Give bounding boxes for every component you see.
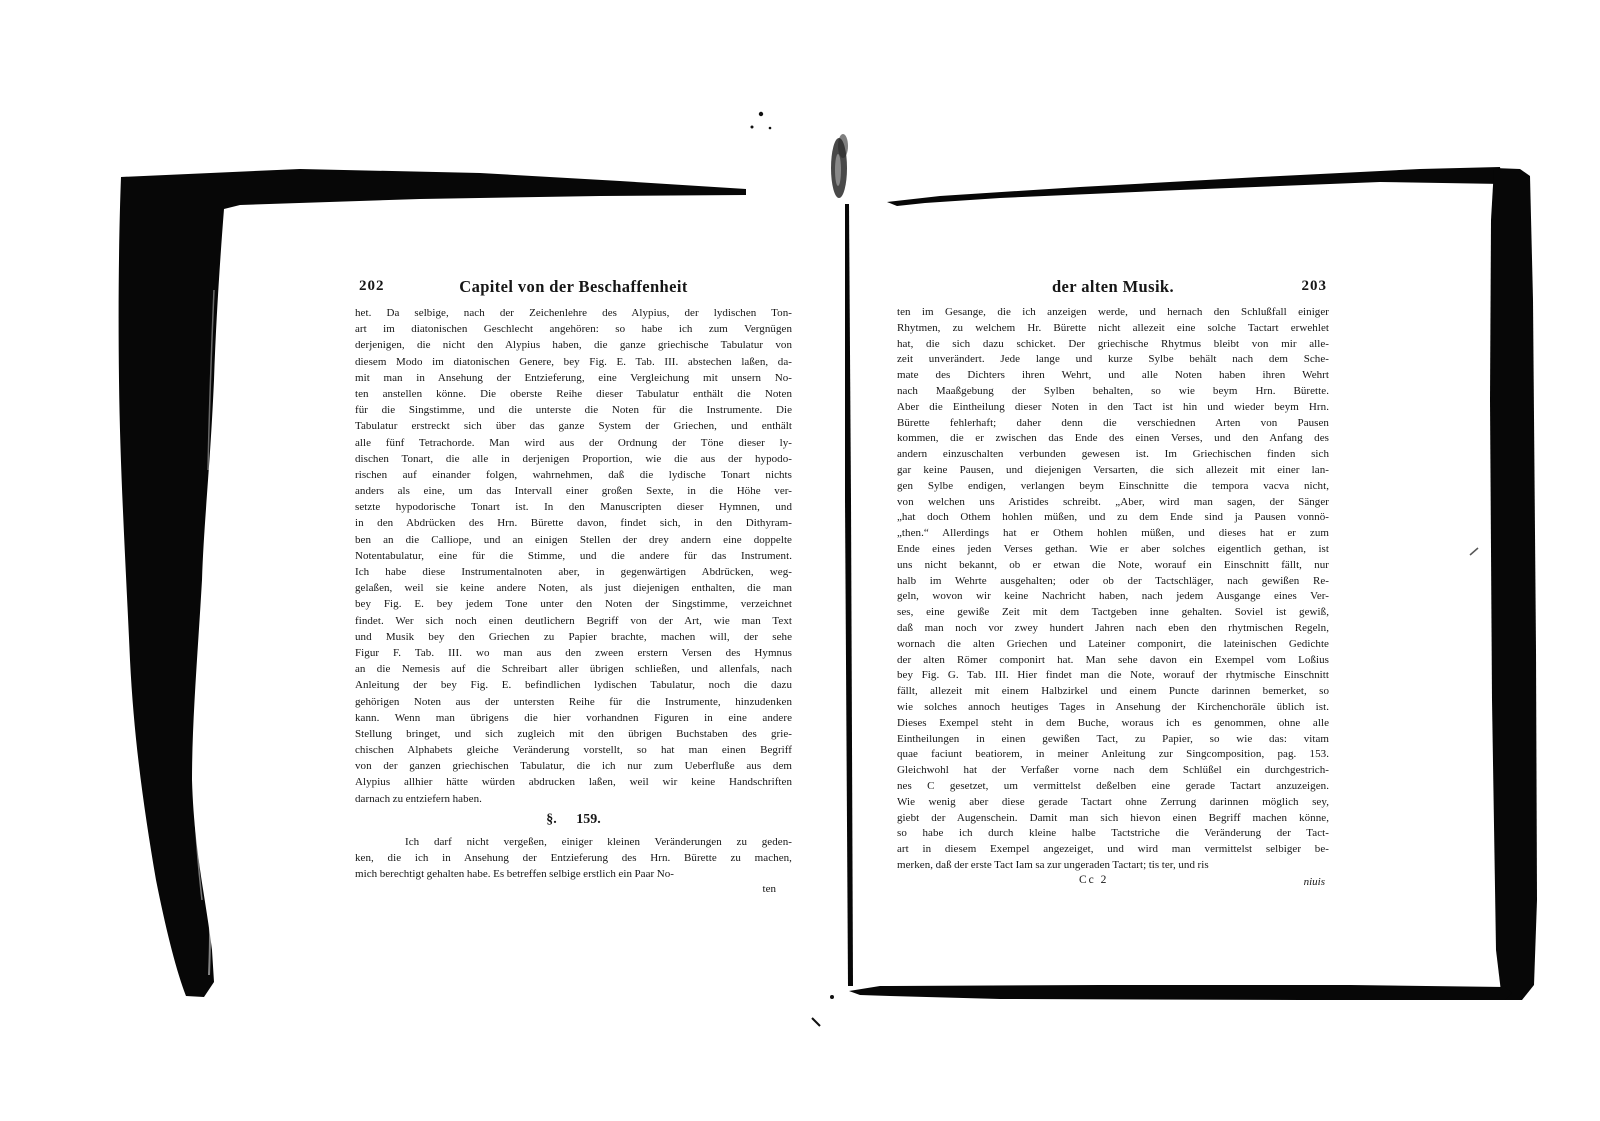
text-line: Ich darf nicht vergeßen, einiger kleinen… (355, 834, 792, 850)
text-line: und Musik bey den Griechen zu Papier bra… (355, 629, 792, 645)
text-line: merken, daß der erste Tact Iam sa zur un… (897, 858, 1329, 874)
text-line: Anleitung der bey Fig. E. befindlichen l… (355, 677, 792, 693)
text-line: Ich habe diese Instrumentalnoten aber, i… (355, 564, 792, 580)
left-page: 202 Capitel von der Beschaffenheit het. … (355, 277, 792, 897)
text-line: geln, wovon wir keine Nachricht haben, n… (897, 589, 1329, 605)
text-line: Gleichwohl hat der Verfaßer vorne nach d… (897, 763, 1329, 779)
text-line: setzte hypodorische Tonart ist. In den M… (355, 499, 792, 515)
text-line: ken, die ich in Ansehung der Entzieferun… (355, 850, 792, 866)
signature-mark: Cc 2 (1079, 874, 1108, 886)
text-line: ten anstellen könne. Die oberste Reihe d… (355, 386, 792, 402)
text-line: giebt der Augenschein. Damit man sich hi… (897, 811, 1329, 827)
text-line: alle fünf Tetrachorde. Man wird aus der … (355, 435, 792, 451)
text-line: in den Abdrücken des Hrn. Bürette davon,… (355, 515, 792, 531)
right-page: der alten Musik. 203 ten im Gesange, die… (897, 277, 1329, 890)
text-line: fällt, allezeit mit einem Halbzirkel und… (897, 684, 1329, 700)
text-line: bey Fig. E. bey jedem Tone unter den Not… (355, 596, 792, 612)
left-page-body: het. Da selbige, nach der Zeichenlehre d… (355, 305, 792, 897)
text-line: daß man noch vor zwey hundert Jahren nac… (897, 621, 1329, 637)
text-line: nach Maaßgebung der Sylben behalten, so … (897, 384, 1329, 400)
text-line: findet. Wer sich noch einen deutlichern … (355, 613, 792, 629)
text-line: „then.“ Allerdings hat er Othem hohlen m… (897, 526, 1329, 542)
text-line: Wie wenig aber diese gerade Tactart ohne… (897, 795, 1329, 811)
text-line: der alten Römer componirt hat. Man sehe … (897, 653, 1329, 669)
scan-speck (759, 112, 763, 116)
text-line: uns nicht bekannt, ob er etwan die Note,… (897, 558, 1329, 574)
text-line: Aber die Eintheilung dieser Noten in den… (897, 400, 1329, 416)
left-running-title: Capitel von der Beschaffenheit (355, 277, 792, 297)
text-line: hat, die sich dazu schicket. Der griechi… (897, 337, 1329, 353)
text-line: Ende eines jeden Verses gethan. Wie er a… (897, 542, 1329, 558)
text-line: so habe ich durch kleine halbe Tactstric… (897, 826, 1329, 842)
text-line: Dieses Exempel steht in dem Buche, worau… (897, 716, 1329, 732)
text-line: bey Fig. G. Tab. III. Hier findet man di… (897, 668, 1329, 684)
text-line: ben an die Calliope, und an einigen Stel… (355, 532, 792, 548)
text-line: kommen, die er zwischen das Ende des ein… (897, 431, 1329, 447)
text-line: Notentabulatur, eine für die Stimme, und… (355, 548, 792, 564)
scan-speck (1470, 548, 1478, 555)
right-page-number: 203 (1302, 278, 1328, 295)
text-line: „hat doch Othem hohlen müßen, und zu dem… (897, 510, 1329, 526)
text-line: derjenigen, die nicht den Alypius haben,… (355, 337, 792, 353)
text-line: gelaßen, weil sie keine andere Noten, al… (355, 580, 792, 596)
text-line: quae faciunt beatiorem, in meiner Anleit… (897, 747, 1329, 763)
left-paragraph-2: Ich darf nicht vergeßen, einiger kleinen… (355, 834, 792, 883)
text-line: anders als eine, um das Intervall einer … (355, 483, 792, 499)
text-line: wie solches annoch heutiges Tages in Ans… (897, 700, 1329, 716)
text-line: halb im Wehrte ausgehalten; oder ob der … (897, 574, 1329, 590)
text-line: Rhytmen, zu welchem Hr. Bürette nicht al… (897, 321, 1329, 337)
left-catchword: ten (355, 882, 792, 897)
text-line: het. Da selbige, nach der Zeichenlehre d… (355, 305, 792, 321)
scan-artifacts (0, 0, 1600, 1121)
right-page-bottom-edge-shadow (849, 985, 1512, 1000)
right-page-footer: Cc 2 niuis (897, 874, 1329, 890)
text-line: Tabulatur erstreckt sich über das ganze … (355, 418, 792, 434)
text-line: kann. Wenn man übrigens die hier vorhand… (355, 710, 792, 726)
text-line: Figur F. Tab. III. wo man aus den zween … (355, 645, 792, 661)
text-line: Stellung bringet, und sich zugleich mit … (355, 726, 792, 742)
text-line: art in diesem Exempel angezeiget, und wi… (897, 842, 1329, 858)
right-page-body: ten im Gesange, die ich anzeigen werde, … (897, 305, 1329, 890)
text-line: Bürette fehlerhaft; daher denn die versc… (897, 416, 1329, 432)
text-line: für die Singstimme, und die unterste die… (355, 402, 792, 418)
text-line: von welchen uns Aristides schreibt. „Abe… (897, 495, 1329, 511)
text-line: andern einzuschalten verbunden gewesen i… (897, 447, 1329, 463)
text-line: dischen Tonart, die alle in derjenigen P… (355, 451, 792, 467)
scan-speck (812, 1018, 820, 1026)
right-body-paragraph: ten im Gesange, die ich anzeigen werde, … (897, 305, 1329, 874)
right-catchword: niuis (1304, 876, 1325, 888)
gutter-smudge (838, 134, 848, 158)
gutter-shadow-line (845, 204, 853, 986)
right-page-header: der alten Musik. 203 (897, 277, 1329, 303)
book-scan-spread: 202 Capitel von der Beschaffenheit het. … (0, 0, 1600, 1121)
text-line: Alypius allhier hätte würden abdrucken l… (355, 774, 792, 790)
text-line: mate des Dichters ihren Wehrt, und alle … (897, 368, 1329, 384)
text-line: mich berechtigt gehalten habe. Es betref… (355, 866, 792, 882)
left-paragraph-1: het. Da selbige, nach der Zeichenlehre d… (355, 305, 792, 807)
right-running-title: der alten Musik. (897, 277, 1329, 297)
text-line: ten im Gesange, die ich anzeigen werde, … (897, 305, 1329, 321)
text-line: an die Nemesis auf die Schreibart aller … (355, 661, 792, 677)
text-line: zeit unverändert. Jede lange und kurze S… (897, 352, 1329, 368)
text-line: darnach zu entziefern haben. (355, 791, 792, 807)
scan-speck (751, 126, 754, 129)
text-line: ses, eine gewiße Zeit mit dem Tactgeben … (897, 605, 1329, 621)
scan-speck (830, 995, 834, 999)
right-page-right-edge-shadow (1490, 168, 1537, 1000)
right-page-top-edge-shadow (887, 167, 1503, 206)
scan-speck (769, 127, 772, 130)
gutter-smudge-highlight (835, 154, 841, 186)
section-heading: §. 159. (355, 811, 792, 829)
text-line: chischen Alphabets gleiche Veränderung v… (355, 742, 792, 758)
text-line: Eintheilungen in einen gewißen Tact, zu … (897, 732, 1329, 748)
text-line: art im diatonischen Geschlecht angehören… (355, 321, 792, 337)
text-line: gehörigen Noten aus der untersten Reihe … (355, 694, 792, 710)
text-line: gar keine Pausen, und diejenigen Versart… (897, 463, 1329, 479)
text-line: von der ganzen griechischen Tabulatur, d… (355, 758, 792, 774)
text-line: nes C gesetzet, um vermittelst deßelben … (897, 779, 1329, 795)
text-line: gen Sylbe endigen, verlangen beym Einsch… (897, 479, 1329, 495)
text-line: mit man in Ansehung der Entzieferung, ei… (355, 370, 792, 386)
text-line: rischen auf einander folgen, wahrnehmen,… (355, 467, 792, 483)
text-line: diesem Modo im diatonischen Genere, bey … (355, 354, 792, 370)
text-line: wornach die alten Griechen und Lateiner … (897, 637, 1329, 653)
left-page-header: 202 Capitel von der Beschaffenheit (355, 277, 792, 303)
